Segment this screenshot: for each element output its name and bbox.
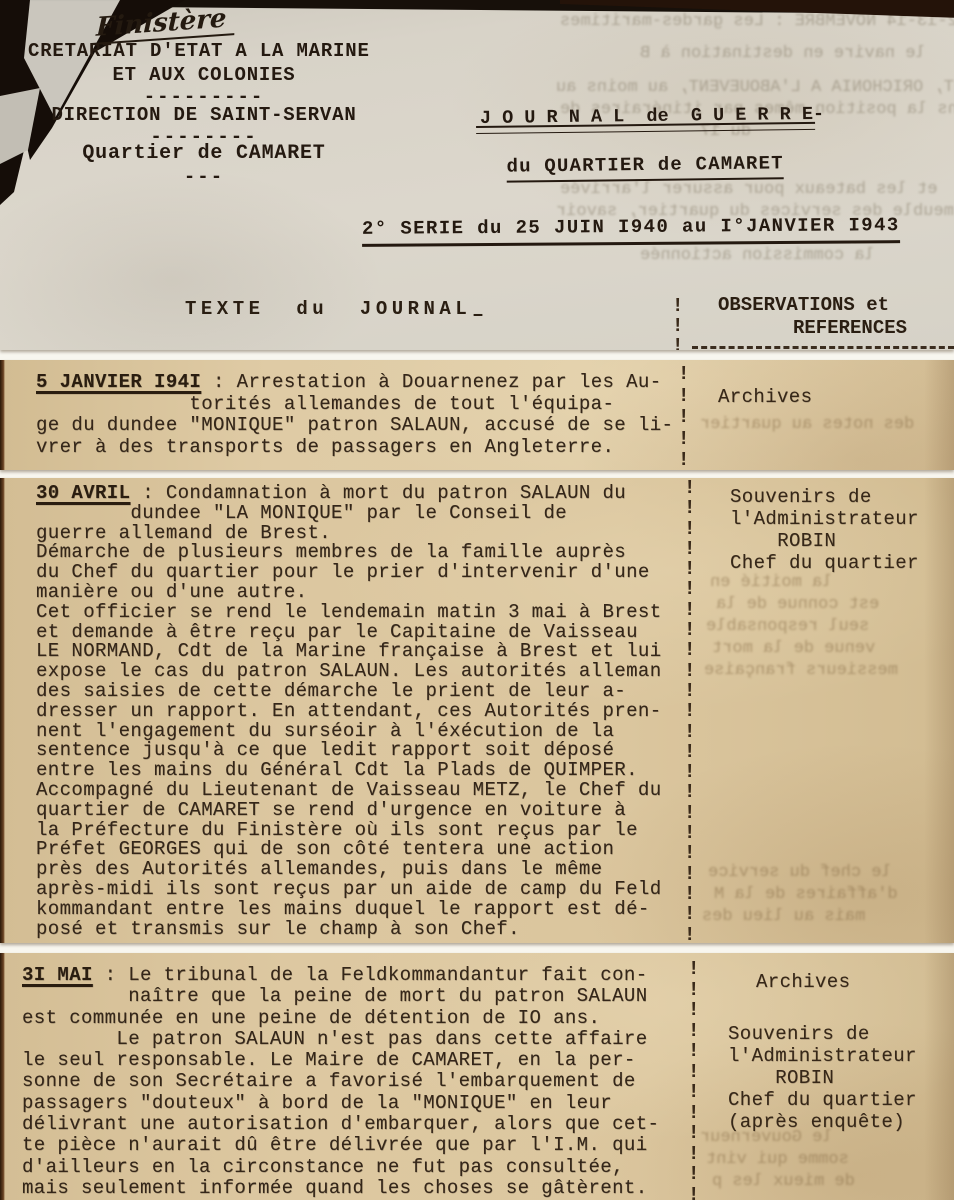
entry-date: 30 AVRIL [36, 482, 130, 504]
letterhead-line: ET AUX COLONIES [28, 64, 380, 86]
entry-text: 30 AVRIL : Condamnation à mort du patron… [36, 484, 662, 939]
entry-first-line: 30 AVRIL : Condamnation à mort du patron… [36, 484, 662, 504]
header-strip: Les 12-13-14 NOVEMBRE : Les gardes-marit… [0, 0, 954, 350]
entry-first-line: 5 JANVIER I94I : Arrestation à Douarnene… [36, 372, 673, 394]
journal-title-block: J O U R N A L de G U E R R E- du QUARTIE… [480, 104, 824, 134]
bleedthrough-text: la moitié en [710, 573, 832, 592]
column-header-references: REFERENCES [793, 317, 907, 339]
entry-first-line: 3I MAI : Le tribunal de la Feldkommandan… [22, 965, 659, 986]
column-header-dash: – [472, 304, 484, 327]
entry-text: 5 JANVIER I94I : Arrestation à Douarnene… [36, 372, 673, 458]
observations-note: Souvenirs del'Administrateur ROBINChef d… [728, 1023, 917, 1133]
observations-note: Archives [756, 971, 850, 993]
bleedthrough-text: mais au lieu des [702, 907, 865, 926]
letterhead-line: Quartier de CAMARET [28, 142, 380, 165]
scan-dark-edge [0, 360, 5, 470]
observations-note: Souvenirs del'Administrateur ROBINChef d… [730, 486, 919, 574]
observations-note: Archives [718, 386, 812, 408]
bleedthrough-text: messieurs française [704, 661, 898, 680]
entry-strip-may: le Gouverneur somme qui vint de mieux le… [0, 953, 954, 1200]
column-separator: !!! [672, 296, 683, 350]
scanned-document: Les 12-13-14 NOVEMBRE : Les gardes-marit… [0, 0, 954, 1200]
letterhead-line: CRETARIAT D'ETAT A LA MARINE [28, 40, 380, 62]
bleedthrough-text: de mieux les p [712, 1172, 855, 1191]
series-line: 2° SERIE du 25 JUIN I940 au I°JANVIER I9… [362, 214, 900, 247]
entry-body-lines: naître que la peine de mort du patron SA… [22, 986, 659, 1199]
letterhead-line: DIRECTION DE SAINT-SERVAN [28, 104, 380, 126]
scan-dark-edge [0, 953, 5, 1200]
scan-shade [924, 478, 954, 943]
journal-subtitle: du QUARTIER de CAMARET [506, 152, 784, 182]
entry-first-line-text: : Condamnation à mort du patron SALAUN d… [130, 482, 626, 504]
column-header-observations: OBSERVATIONS et [718, 294, 889, 316]
column-separator: !!!!!!!!!!!!!!!!!!!!!!! [684, 478, 695, 943]
bleedthrough-text: seul responsable [706, 617, 869, 636]
bleedthrough-text: le chef du service [708, 863, 892, 882]
entry-first-line-text: : Arrestation à Douarnenez par les Au- [201, 371, 661, 393]
column-header-texte: TEXTE du JOURNAL [185, 298, 471, 320]
column-separator: !!!!!!!!!!!! [688, 959, 699, 1200]
entry-strip-april: la moitié en est connue de la seul respo… [0, 478, 954, 943]
dashed-rule [692, 346, 954, 349]
entry-date: 3I MAI [22, 964, 93, 986]
bleedthrough-text: des notes au quartier [700, 415, 914, 434]
entry-strip-january: des notes au quartier 5 JANVIER I94I : A… [0, 360, 954, 470]
column-separator: !!!!! [678, 364, 689, 470]
scan-shade [924, 953, 954, 1200]
letterhead-divider: --- [28, 166, 380, 188]
bleedthrough-text: somme qui vint [706, 1150, 849, 1169]
entry-body-lines: torités allemandes de tout l'équipa-ge d… [36, 394, 673, 459]
bleedthrough-text: d'affaires de la M [714, 885, 898, 904]
bleedthrough-text: est connue de la [716, 595, 879, 614]
scan-shade [924, 360, 954, 470]
scan-dark-edge [0, 478, 5, 943]
journal-title: J O U R N A L de G U E R R E [480, 104, 813, 134]
entry-text: 3I MAI : Le tribunal de la Feldkommandan… [22, 965, 659, 1199]
entry-body-lines: dundee "LA MONIQUE" par le Conseil degue… [36, 504, 662, 940]
entry-date: 5 JANVIER I94I [36, 371, 201, 393]
entry-first-line-text: : Le tribunal de la Feldkommandantur fai… [93, 964, 648, 986]
bleedthrough-text: venue de la mort [712, 639, 875, 658]
